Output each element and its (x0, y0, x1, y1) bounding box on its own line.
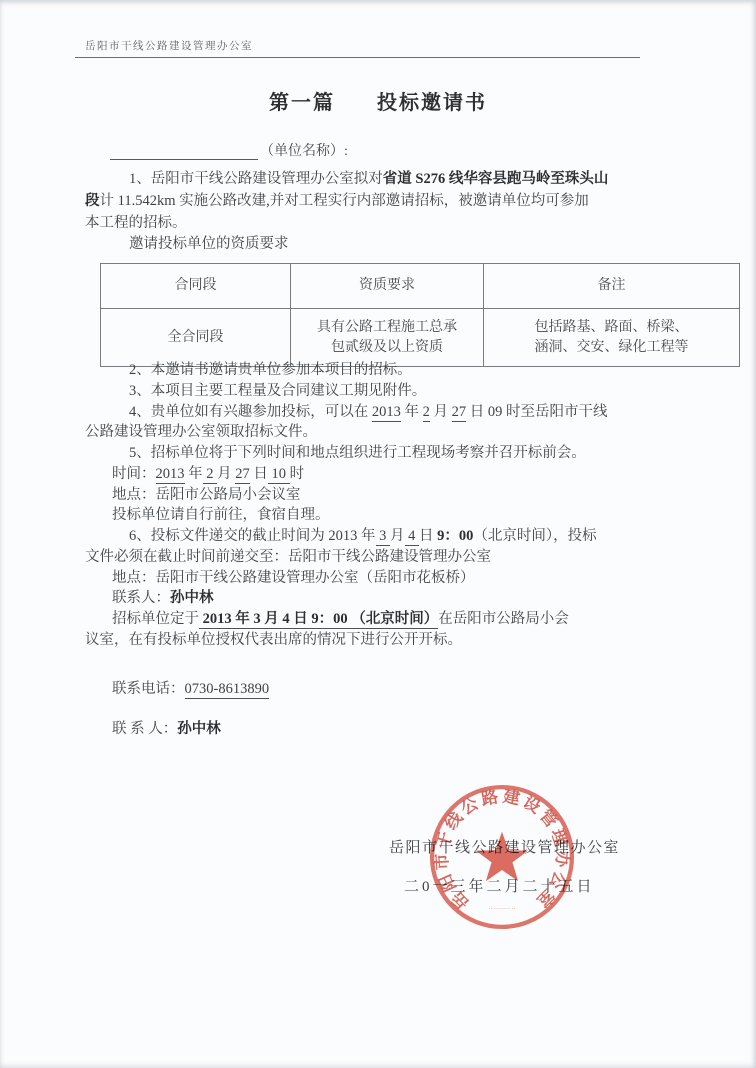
text-segment: 投标单位请自行前往，食宿自理。 (112, 507, 330, 523)
text-line: 文件必须在截止时间前递交至：岳阳市干线公路建设管理办公室 (85, 547, 687, 568)
text-segment: 地点：岳阳市公路局小会议室 (112, 487, 301, 503)
text-segment: 2、本邀请书邀请贵单位参加本项目的招标。 (129, 362, 412, 378)
contact-phone-line: 联系电话：0730-8613890 (85, 679, 687, 701)
text-segment: 4 (405, 528, 420, 546)
text-segment: 联 系 人： (112, 721, 177, 737)
text-line: 联系人：孙中林 (85, 588, 687, 609)
text-line: 1、岳阳市干线公路建设管理办公室拟对省道 S276 线华容县跑马岭至珠头山 (85, 169, 687, 191)
text-segment: 2013 年 3 月 4 日 9：00 （北京时间） (199, 611, 438, 629)
unit-name-line: （单位名称）: (110, 140, 348, 160)
text-line: 3、本项目主要工程量及合同建议工期见附件。 (85, 381, 687, 402)
unit-name-blank (110, 144, 258, 160)
header-qualification: 资质要求 (291, 264, 484, 309)
text-segment: 议室，在有投标单位授权代表出席的情况下进行公开开标。 (85, 632, 462, 648)
text-line: 本工程的招标。 (85, 213, 687, 235)
header-rule (75, 57, 640, 58)
cell-remark-line1: 包括路基、路面、桥梁、 (488, 318, 735, 338)
text-segment: 日 (419, 528, 437, 544)
text-segment: 0730-8613890 (185, 681, 270, 699)
text-segment: 2 (203, 466, 218, 484)
text-segment: 2013 (372, 404, 401, 422)
text-segment: 招标单位定于 (112, 611, 199, 627)
page-header-text: 岳阳市干线公路建设管理办公室 (85, 38, 253, 53)
text-line: 联 系 人：孙中林 (85, 719, 687, 741)
text-line: 时间：2013 年 2 月 27 日 10 时 (85, 464, 687, 485)
text-segment: 时 (290, 466, 305, 482)
cell-contract-segment: 全合同段 (101, 309, 291, 367)
text-segment: 1、岳阳市干线公路建设管理办公室拟对 (129, 171, 383, 187)
text-segment: 段 (85, 193, 100, 209)
text-segment: 联系人： (112, 590, 170, 606)
table-header-row: 合同段 资质要求 备注 (101, 264, 740, 309)
text-line: 地点：岳阳市公路局小会议室 (85, 485, 687, 506)
official-seal: 岳阳市干线公路建设管理办公室 ·· ········ ·· (426, 781, 578, 933)
text-line: 投标单位请自行前往，食宿自理。 (85, 505, 687, 526)
text-segment: 时间： (112, 466, 156, 482)
cell-qualification: 具有公路工程施工总承 包贰级及以上资质 (291, 309, 484, 367)
text-segment: 文件必须在截止时间前递交至：岳阳市干线公路建设管理办公室 (85, 549, 491, 565)
text-segment: 2 (423, 404, 430, 422)
text-segment: 年 (401, 404, 423, 420)
text-segment: 日 (250, 466, 268, 482)
text-line: 公路建设管理办公室领取招标文件。 (85, 422, 687, 443)
title-part1: 第一篇 (269, 92, 335, 114)
scanned-document-page: 岳阳市干线公路建设管理办公室 第一篇投标邀请书 （单位名称）: 1、岳阳市干线公… (0, 0, 756, 1068)
text-segment: 公路建设管理办公室领取招标文件。 (85, 424, 317, 440)
cell-remark: 包括路基、路面、桥梁、 涵洞、交安、绿化工程等 (484, 309, 740, 367)
text-segment: 10 (268, 466, 290, 484)
text-line: 联系电话：0730-8613890 (85, 679, 687, 701)
intro-paragraphs: 1、岳阳市干线公路建设管理办公室拟对省道 S276 线华容县跑马岭至珠头山段计 … (85, 169, 687, 256)
text-segment: 3 (376, 528, 391, 546)
text-segment: 邀请投标单位的资质要求 (129, 236, 289, 252)
text-segment: 月 (430, 404, 452, 420)
text-segment: 孙中林 (170, 590, 214, 606)
text-line: 5、招标单位将于下列时间和地点组织进行工程现场考察并召开标前会。 (85, 443, 687, 464)
text-line: 议室，在有投标单位授权代表出席的情况下进行公开开标。 (85, 630, 687, 651)
text-segment: 6、投标文件递交的截止时间为 2013 年 (129, 528, 376, 544)
body-paragraphs: 2、本邀请书邀请贵单位参加本项目的招标。3、本项目主要工程量及合同建议工期见附件… (85, 360, 687, 651)
seal-star-icon (476, 832, 528, 881)
table-data-row: 全合同段 具有公路工程施工总承 包贰级及以上资质 包括路基、路面、桥梁、 涵洞、… (101, 309, 740, 367)
text-segment: 2013 (156, 466, 185, 484)
unit-name-label: （单位名称）: (260, 144, 348, 159)
text-segment: 孙中林 (177, 721, 221, 737)
text-segment: 月 (217, 466, 235, 482)
document-title: 第一篇投标邀请书 (0, 86, 756, 115)
contact-person-line: 联 系 人：孙中林 (85, 719, 687, 741)
text-line: 邀请投标单位的资质要求 (85, 234, 687, 256)
text-segment: 4、贵单位如有兴趣参加投标，可以在 (129, 404, 372, 420)
text-segment: 本工程的招标。 (85, 215, 187, 231)
text-line: 地点：岳阳市干线公路建设管理办公室（岳阳市花板桥） (85, 568, 687, 589)
text-segment: 5、招标单位将于下列时间和地点组织进行工程现场考察并召开标前会。 (129, 445, 586, 461)
text-segment: 年 (185, 466, 203, 482)
text-line: 4、贵单位如有兴趣参加投标，可以在 2013 年 2 月 27 日 09 时至岳… (85, 402, 687, 423)
text-segment: 日 09 时至岳阳市干线 (466, 404, 607, 420)
cell-qualification-line1: 具有公路工程施工总承 (295, 318, 479, 338)
qualification-table: 合同段 资质要求 备注 全合同段 具有公路工程施工总承 包贰级及以上资质 包括路… (100, 263, 740, 367)
title-part2: 投标邀请书 (377, 92, 487, 114)
cell-remark-line2: 涵洞、交安、绿化工程等 (488, 338, 735, 358)
text-line: 6、投标文件递交的截止时间为 2013 年 3 月 4 日 9：00（北京时间）… (85, 526, 687, 547)
header-contract-segment: 合同段 (101, 264, 291, 309)
text-segment: 联系电话： (112, 681, 185, 697)
text-segment: 在岳阳市公路局小会 (438, 611, 569, 627)
text-line: 段计 11.542km 实施公路改建,并对工程实行内部邀请招标，被邀请单位均可参… (85, 191, 687, 213)
text-segment: 地点：岳阳市干线公路建设管理办公室（岳阳市花板桥） (112, 570, 475, 586)
header-remark: 备注 (484, 264, 740, 309)
seal-serial-marks: ·· ········ ·· (488, 907, 515, 913)
text-line: 招标单位定于 2013 年 3 月 4 日 9：00 （北京时间）在岳阳市公路局… (85, 609, 687, 630)
text-segment: （北京时间），投标 (473, 528, 596, 544)
text-segment: 27 (452, 404, 467, 422)
text-segment: 27 (235, 466, 250, 484)
text-line: 2、本邀请书邀请贵单位参加本项目的招标。 (85, 360, 687, 381)
text-segment: 月 (390, 528, 405, 544)
text-segment: 3、本项目主要工程量及合同建议工期见附件。 (129, 383, 426, 399)
text-segment: 计 11.542km 实施公路改建,并对工程实行内部邀请招标，被邀请单位均可参加 (100, 193, 589, 209)
text-segment: 9：00 (437, 528, 473, 544)
text-segment: 省道 S276 线华容县跑马岭至珠头山 (383, 171, 609, 187)
cell-qualification-line2: 包贰级及以上资质 (295, 338, 479, 358)
